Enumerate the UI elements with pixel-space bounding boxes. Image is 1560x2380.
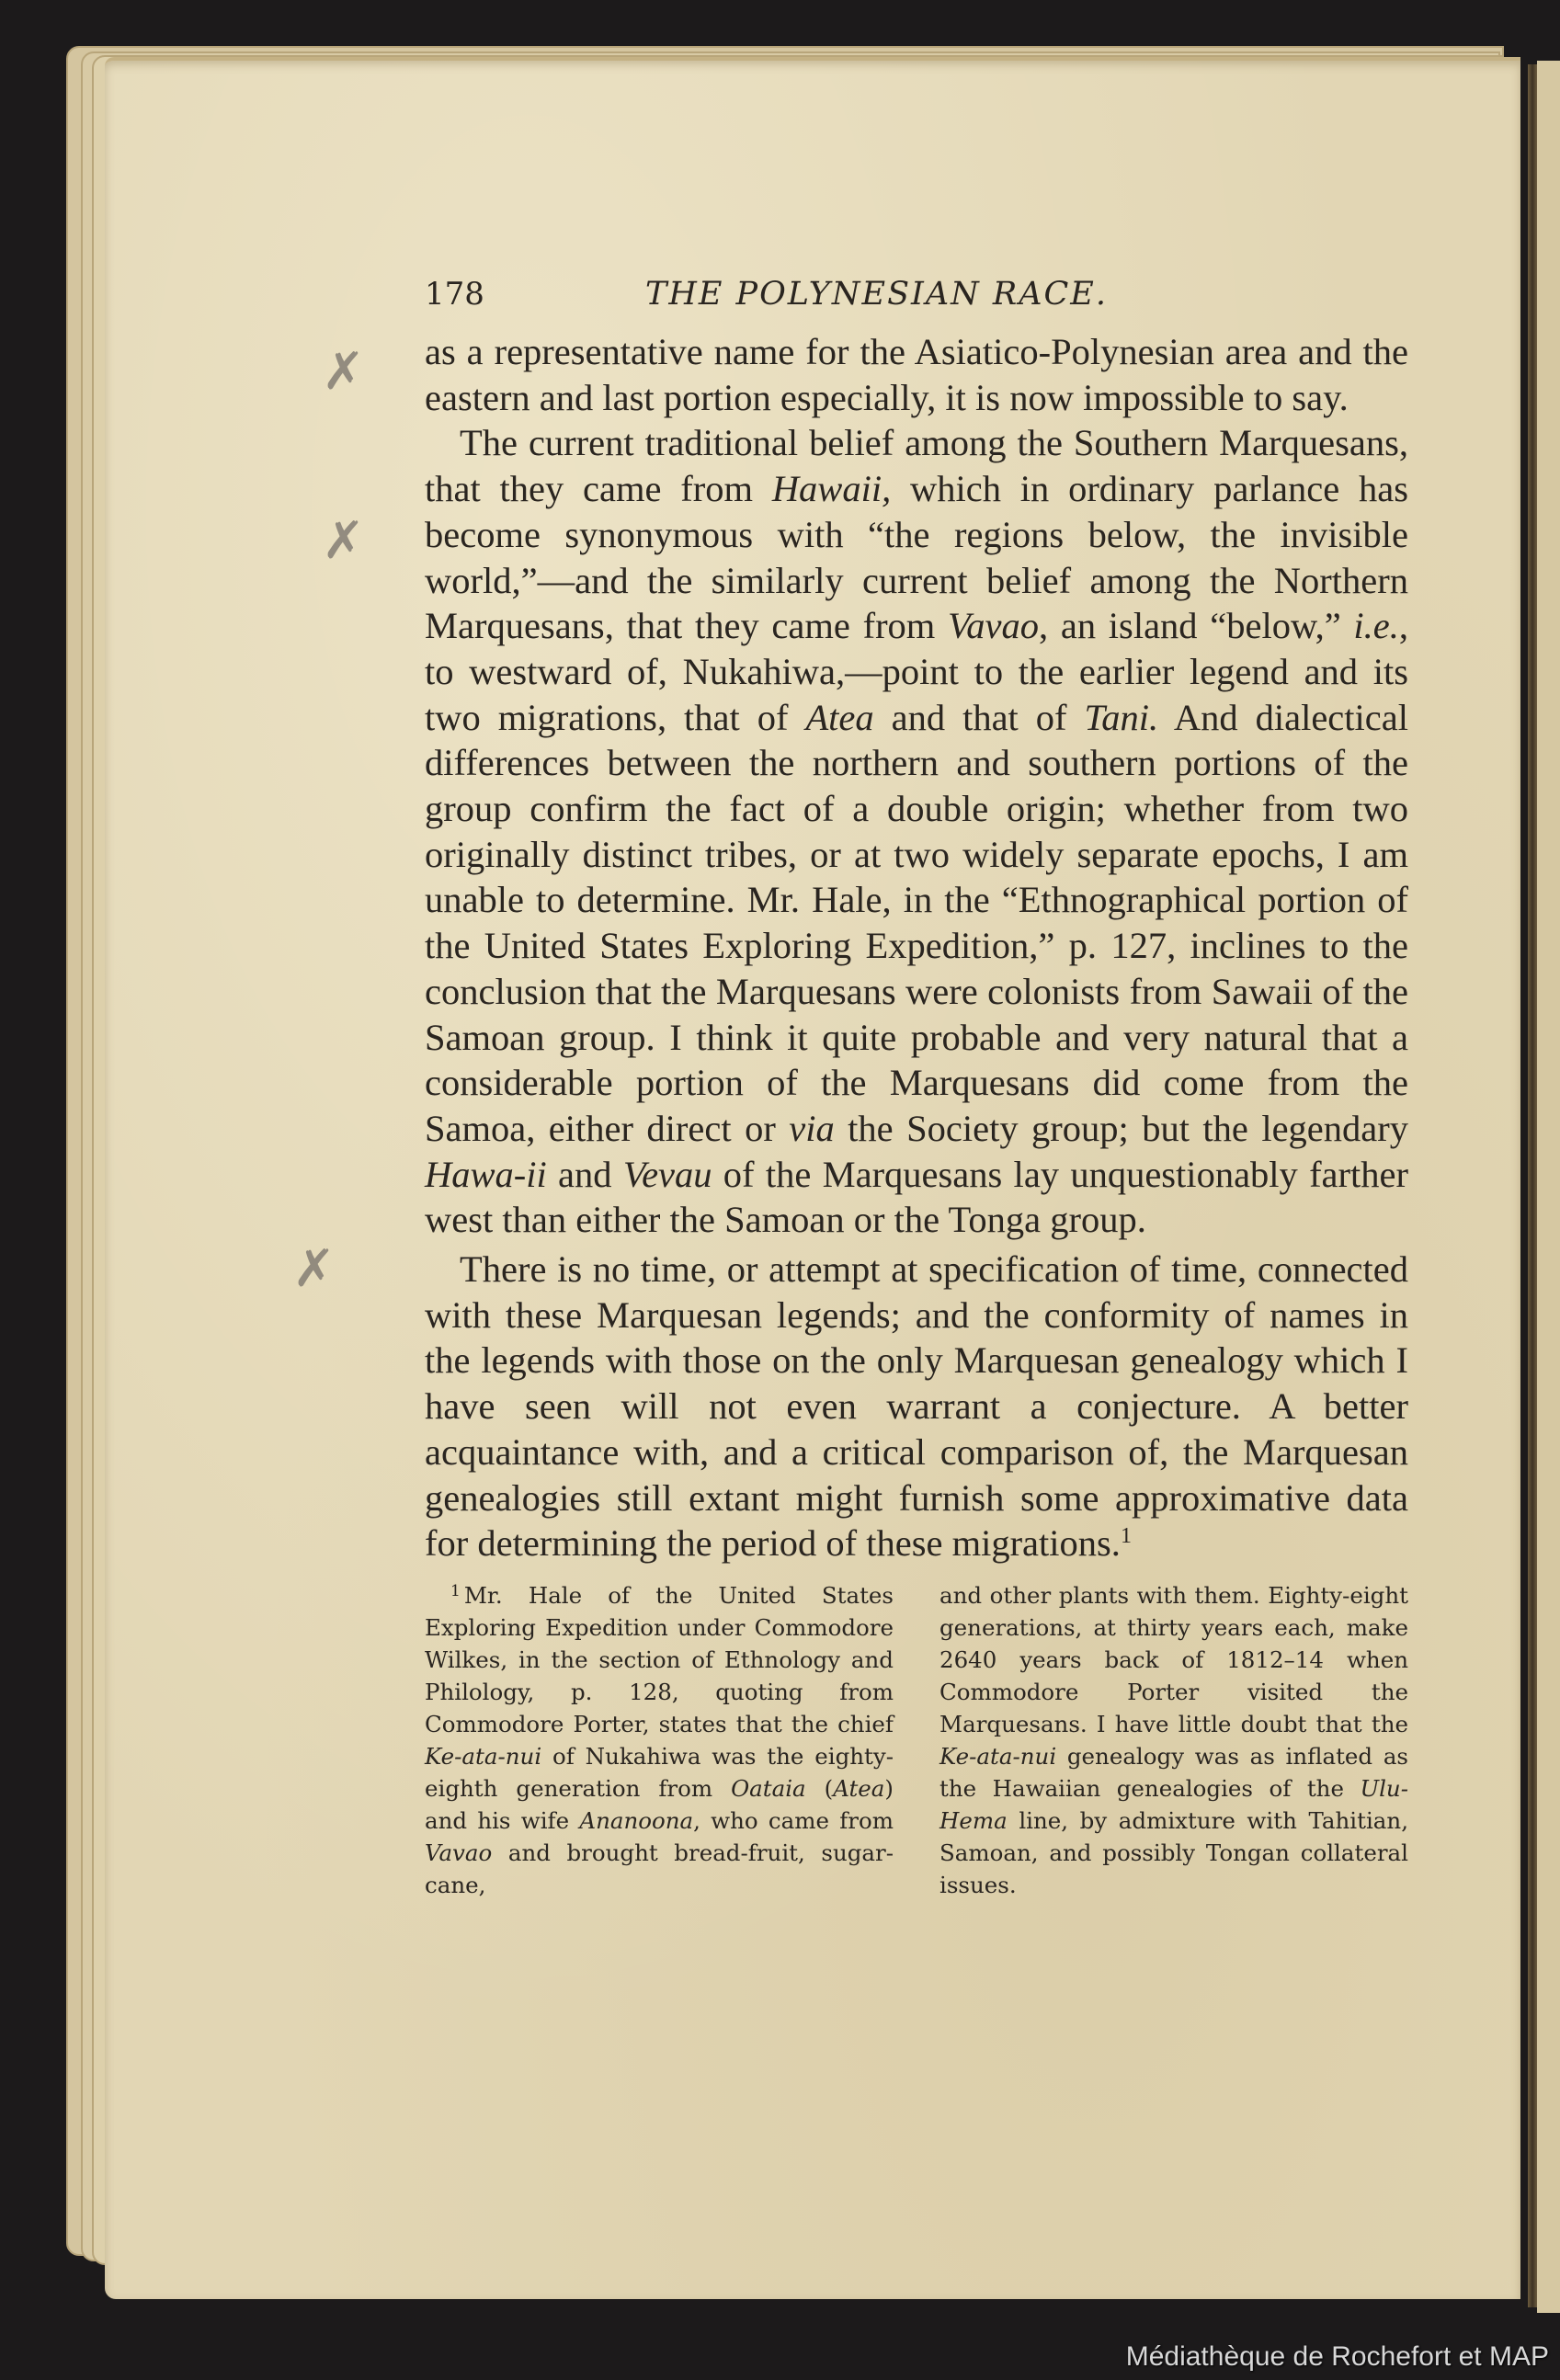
italic-term: Ke-ata-nui (939, 1743, 1056, 1770)
italic-term: Vevau (623, 1154, 712, 1195)
pencil-x-mark-icon: ✗ (292, 1239, 336, 1299)
text-run: as a representative name for the Asiatic… (425, 331, 1408, 418)
text-run: and (547, 1154, 623, 1195)
italic-term: Atea (805, 697, 873, 738)
running-title: THE POLYNESIAN RACE. (645, 276, 1108, 313)
text-run: the Society group; but the legendary (835, 1108, 1408, 1149)
page-number: 178 (425, 276, 645, 313)
text-run: Mr. Hale of the United States Exploring … (425, 1582, 894, 1737)
footnote-reference[interactable]: 1 (1121, 1524, 1132, 1548)
footnote-marker: 1 (450, 1582, 461, 1600)
footnote-right-column: and other plants with them. Eighty-eight… (939, 1579, 1408, 1901)
running-header: 178 THE POLYNESIAN RACE. (425, 276, 1408, 329)
italic-term: via (789, 1108, 834, 1149)
text-run: and other plants with them. Eighty-eight… (939, 1582, 1408, 1737)
text-run: line, by admixture with Tahitian, Samoan… (939, 1807, 1408, 1898)
facing-page-edge (1537, 61, 1560, 2313)
text-run: , an island “below,” (1039, 605, 1353, 646)
italic-term: Vavao (948, 605, 1039, 646)
footnotes: 1Mr. Hale of the United States Exploring… (425, 1579, 1408, 1901)
footnote-left-column: 1Mr. Hale of the United States Exploring… (425, 1579, 894, 1901)
text-run: and brought bread-fruit, sugar-cane, (425, 1839, 894, 1898)
library-watermark: Médiathèque de Rochefort et MAP (1126, 2341, 1549, 2373)
book-spine-gutter (1528, 64, 1537, 2307)
paragraph: There is no time, or attempt at specific… (425, 1247, 1408, 1566)
italic-term: Vavao (425, 1839, 492, 1866)
italic-term: Hawaii, (772, 468, 891, 509)
paragraph: as a representative name for the Asiatic… (425, 329, 1408, 420)
italic-term: Hawa-ii (425, 1154, 547, 1195)
pencil-x-mark-icon: ✗ (322, 342, 365, 402)
text-run: , who came from (693, 1807, 894, 1834)
main-body-text: as a representative name for the Asiatic… (425, 329, 1408, 1566)
text-run: ( (806, 1775, 834, 1802)
italic-term: Atea (833, 1775, 884, 1802)
text-run: and that of (874, 697, 1085, 738)
italic-term: Tani. (1084, 697, 1158, 738)
italic-term: Oataia (731, 1775, 806, 1802)
text-run: There is no time, or attempt at specific… (425, 1248, 1408, 1564)
pencil-x-mark-icon: ✗ (322, 511, 365, 571)
text-run: And dialectical differences between the … (425, 697, 1408, 1149)
italic-term: Ke-ata-nui (425, 1743, 541, 1770)
italic-term: Ananoona (579, 1807, 693, 1834)
paragraph: The current traditional belief among the… (425, 420, 1408, 1243)
italic-term: i.e. (1353, 605, 1398, 646)
page-text-block: 178 THE POLYNESIAN RACE. as a representa… (425, 276, 1408, 1901)
